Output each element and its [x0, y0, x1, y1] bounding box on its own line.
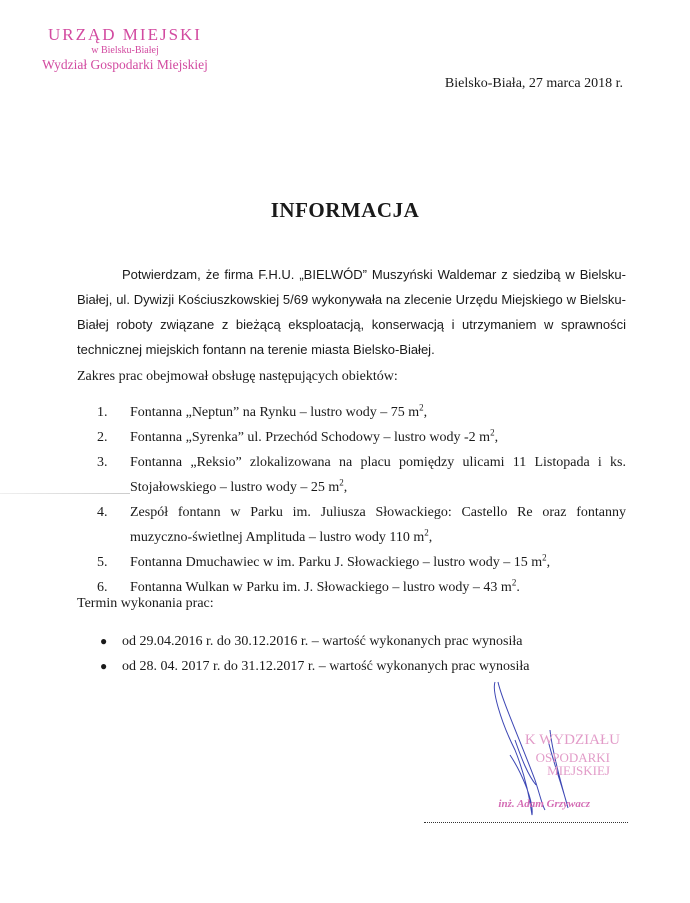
object-item: 4.Zespół fontann w Parku im. Juliusza Sł…: [77, 500, 626, 550]
object-number: 1.: [77, 400, 130, 425]
office-stamp: URZĄD MIEJSKI w Bielsku-Białej Wydział G…: [40, 26, 210, 72]
object-item: 3.Fontanna „Reksio” zlokalizowana na pla…: [77, 450, 626, 500]
signature-stamp: K WYDZIAŁU OSPODARKI MIEJSKIEJ inż. Adam…: [470, 733, 630, 810]
period-text: od 29.04.2016 r. do 30.12.2016 r. – wart…: [122, 629, 523, 654]
object-text: Fontanna „Syrenka” ul. Przechód Schodowy…: [130, 425, 626, 450]
object-number: 4.: [77, 500, 130, 550]
bullet-icon: ●: [77, 654, 122, 679]
confirmation-paragraph: Potwierdzam, że firma F.H.U. „BIELWÓD” M…: [77, 262, 626, 362]
object-text: Fontanna Dmuchawiec w im. Parku J. Słowa…: [130, 550, 626, 575]
signature-stamp-name: inż. Adam Grzywacz: [470, 799, 630, 810]
object-item: 2.Fontanna „Syrenka” ul. Przechód Schodo…: [77, 425, 626, 450]
signature-dotted-line: [424, 822, 628, 823]
paragraph-text: Potwierdzam, że firma F.H.U. „BIELWÓD” M…: [77, 267, 626, 357]
period-item: ●od 29.04.2016 r. do 30.12.2016 r. – war…: [77, 629, 530, 654]
object-text: Fontanna „Reksio” zlokalizowana na placu…: [130, 450, 626, 500]
stamp-city: w Bielsku-Białej: [40, 46, 210, 56]
term-heading: Termin wykonania prac:: [77, 596, 214, 612]
object-item: 5.Fontanna Dmuchawiec w im. Parku J. Sło…: [77, 550, 626, 575]
scope-heading: Zakres prac obejmował obsługę następując…: [77, 369, 398, 385]
stamp-department: Wydział Gospodarki Miejskiej: [40, 58, 210, 72]
signature-stamp-department: OSPODARKI MIEJSKIEJ: [470, 751, 630, 777]
stamp-office-name: URZĄD MIEJSKI: [40, 26, 210, 43]
object-number: 5.: [77, 550, 130, 575]
signature-stamp-title: K WYDZIAŁU: [470, 733, 630, 748]
object-item: 1.Fontanna „Neptun” na Rynku – lustro wo…: [77, 400, 626, 425]
document-title: INFORMACJA: [0, 198, 690, 223]
period-item: ●od 28. 04. 2017 r. do 31.12.2017 r. – w…: [77, 654, 530, 679]
scan-artifact-line: [0, 493, 130, 494]
object-text: Zespół fontann w Parku im. Juliusza Słow…: [130, 500, 626, 550]
bullet-icon: ●: [77, 629, 122, 654]
period-text: od 28. 04. 2017 r. do 31.12.2017 r. – wa…: [122, 654, 530, 679]
document-date: Bielsko-Biała, 27 marca 2018 r.: [445, 76, 623, 92]
objects-list: 1.Fontanna „Neptun” na Rynku – lustro wo…: [77, 400, 626, 600]
object-text: Fontanna „Neptun” na Rynku – lustro wody…: [130, 400, 626, 425]
periods-list: ●od 29.04.2016 r. do 30.12.2016 r. – war…: [77, 629, 530, 679]
object-number: 2.: [77, 425, 130, 450]
